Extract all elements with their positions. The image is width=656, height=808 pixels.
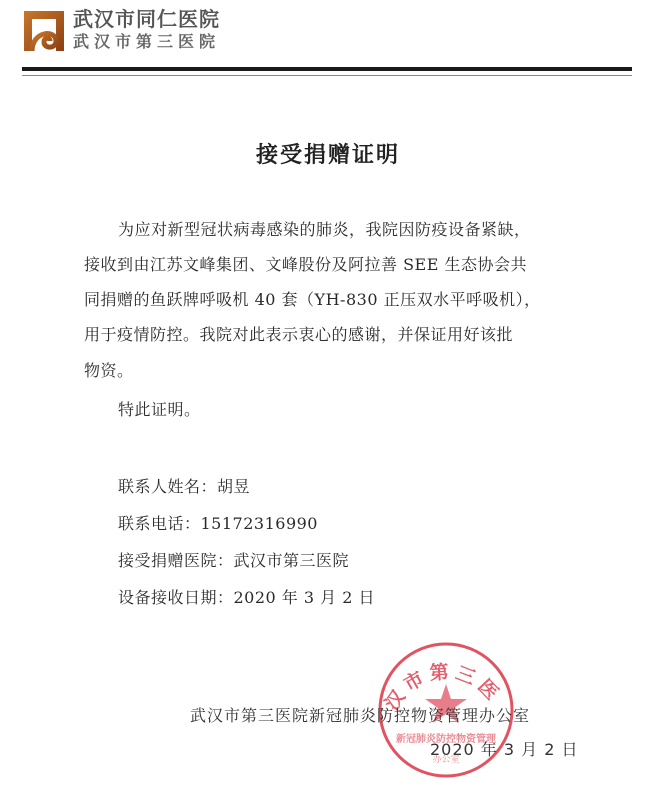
receiving-hospital: 接受捐赠医院：武汉市第三医院	[118, 548, 349, 571]
body-line: 为应对新型冠状病毒感染的肺炎，我院因防疫设备紧缺，	[118, 217, 531, 240]
brand-name-primary: 武汉市同仁医院	[73, 8, 220, 30]
body-line: 物资。	[84, 358, 134, 381]
body-line: 同捐赠的鱼跃牌呼吸机 40 套（YH-830 正压双水平呼吸机），	[84, 287, 541, 310]
hospital-logo-icon	[22, 9, 66, 53]
contact-name: 联系人姓名：胡昱	[118, 474, 250, 497]
issuing-office: 武汉市第三医院新冠肺炎防控物资管理办公室	[190, 703, 530, 726]
signature-date: 2020 年 3 月 2 日	[430, 737, 579, 760]
header-rule-thick	[22, 67, 632, 71]
document-title: 接受捐赠证明	[0, 138, 656, 169]
closing-statement: 特此证明。	[118, 397, 201, 420]
hospital-brand: 武汉市同仁医院 武汉市第三医院	[73, 8, 220, 52]
receipt-date: 设备接收日期：2020 年 3 月 2 日	[118, 585, 375, 608]
brand-name-secondary: 武汉市第三医院	[73, 32, 220, 52]
contact-phone: 联系电话：15172316990	[118, 511, 318, 534]
body-line: 接收到由江苏文峰集团、文峰股份及阿拉善 SEE 生态协会共	[84, 252, 527, 275]
header-rule-thin	[22, 75, 632, 76]
body-line: 用于疫情防控。我院对此表示衷心的感谢，并保证用好该批	[84, 322, 513, 345]
